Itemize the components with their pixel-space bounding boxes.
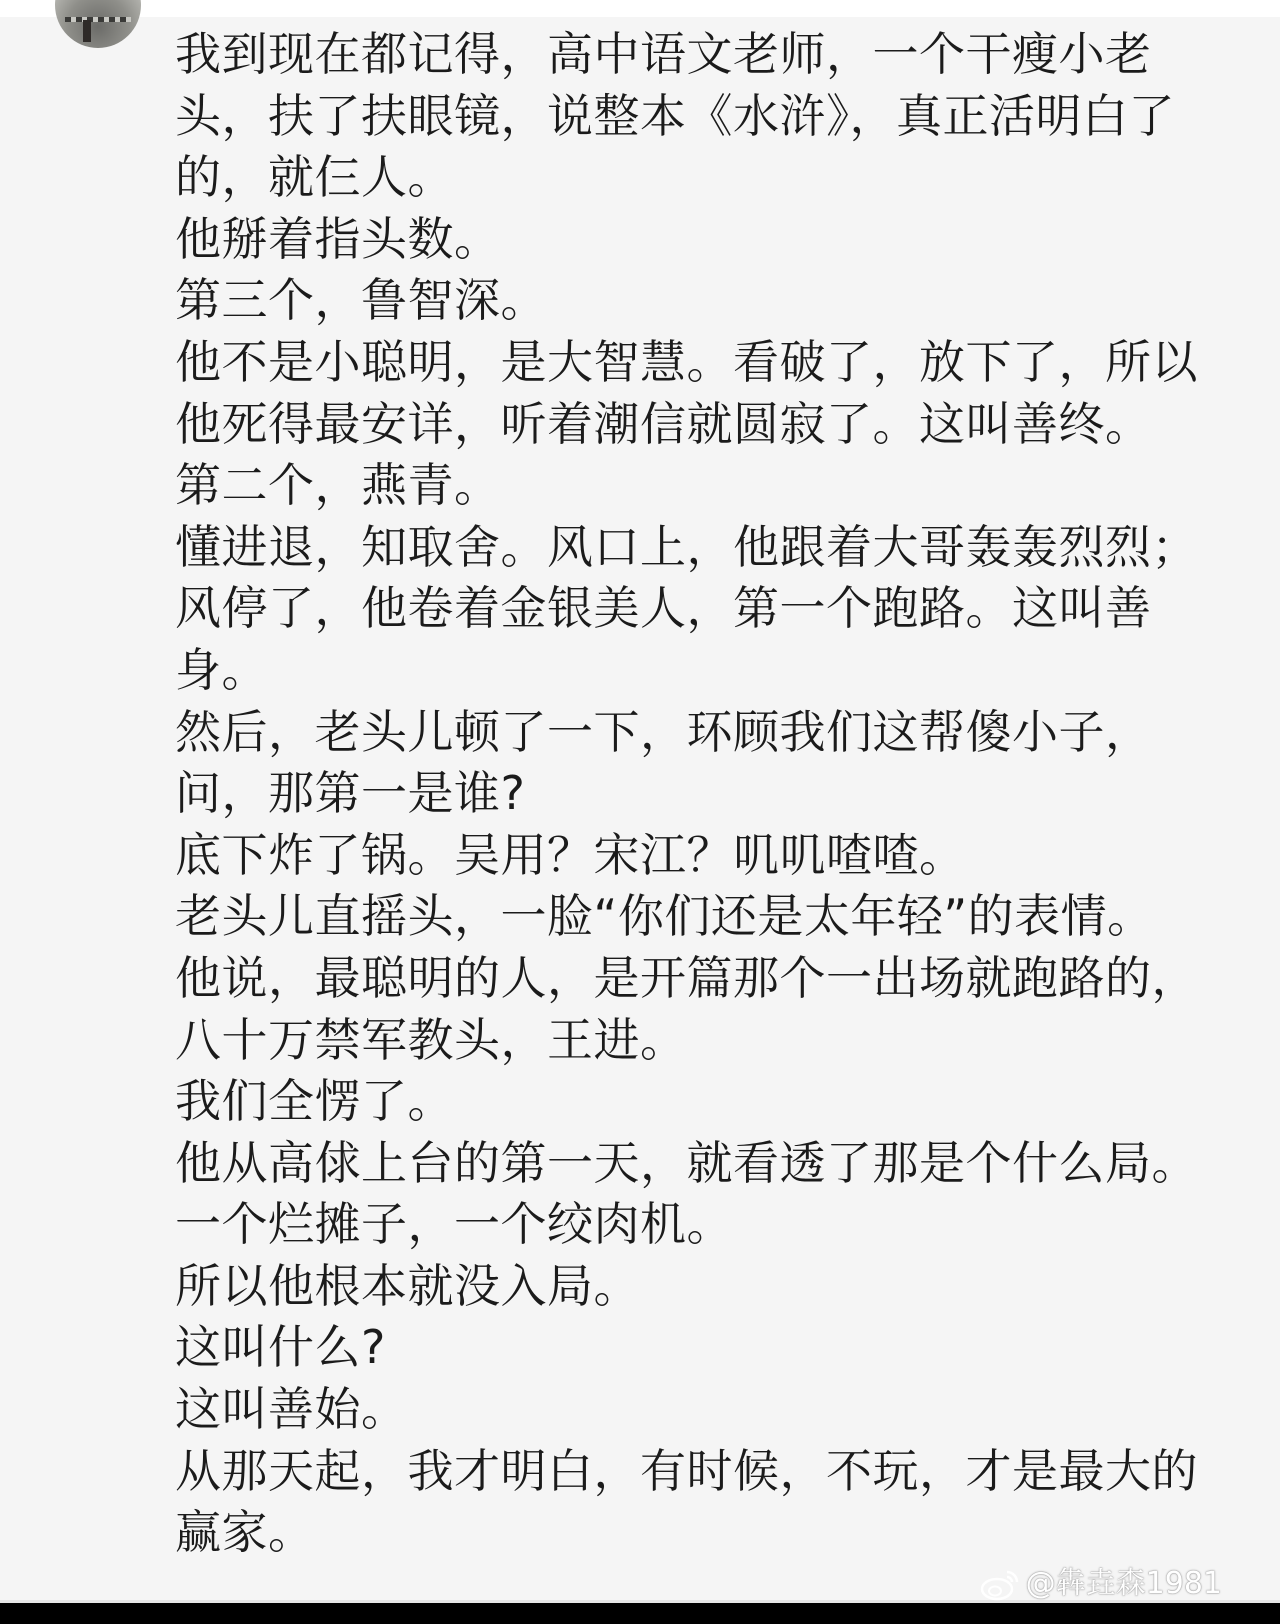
comment-line: 一个烂摊子，一个绞肉机。 [175, 1194, 1235, 1256]
comment-line: 风停了，他卷着金银美人，第一个跑路。这叫善 [175, 578, 1235, 640]
bottom-bar [0, 1603, 1280, 1624]
comment-line: 第二个，燕青。 [175, 455, 1235, 517]
comment-line: 老头儿直摇头，一脸“你们还是太年轻”的表情。 [175, 886, 1235, 948]
comment-line: 从那天起，我才明白，有时候，不玩，才是最大的 [175, 1441, 1235, 1503]
comment-line: 他不是小聪明，是大智慧。看破了，放下了，所以 [175, 332, 1235, 394]
comment-line: 然后，老头儿顿了一下，环顾我们这帮傻小子， [175, 702, 1235, 764]
comment-line: 赢家。 [175, 1502, 1235, 1564]
comment-line: 底下炸了锅。吴用？宋江？叽叽喳喳。 [175, 825, 1235, 887]
comment-line: 他死得最安详，听着潮信就圆寂了。这叫善终。 [175, 394, 1235, 456]
comment-line: 我到现在都记得，高中语文老师，一个干瘦小老 [175, 24, 1235, 86]
weibo-logo-icon [980, 1566, 1022, 1602]
comment-line: 第三个，鲁智深。 [175, 270, 1235, 332]
comment-line: 这叫善始。 [175, 1379, 1235, 1441]
comment-line: 头，扶了扶眼镜，说整本《水浒》，真正活明白了 [175, 86, 1235, 148]
comment-line: 我们全愣了。 [175, 1071, 1235, 1133]
comment-line: 身。 [175, 640, 1235, 702]
comment-line: 他从高俅上台的第一天，就看透了那是个什么局。 [175, 1133, 1235, 1195]
watermark-text: @犇垚森1981 [1026, 1566, 1222, 1602]
comment-line: 他说，最聪明的人，是开篇那个一出场就跑路的， [175, 948, 1235, 1010]
watermark: @犇垚森1981 [980, 1566, 1222, 1602]
comment-body: 我到现在都记得，高中语文老师，一个干瘦小老 头，扶了扶眼镜，说整本《水浒》，真正… [175, 24, 1235, 1564]
comment-line: 的，就仨人。 [175, 147, 1235, 209]
comment-line: 懂进退，知取舍。风口上，他跟着大哥轰轰烈烈； [175, 517, 1235, 579]
comment-line: 问，那第一是谁? [175, 763, 1235, 825]
comment-line: 所以他根本就没入局。 [175, 1256, 1235, 1318]
avatar[interactable] [55, 0, 141, 48]
comment-line: 他掰着指头数。 [175, 209, 1235, 271]
comment-line: 这叫什么? [175, 1317, 1235, 1379]
comment-line: 八十万禁军教头，王进。 [175, 1010, 1235, 1072]
top-strip [0, 0, 1280, 17]
